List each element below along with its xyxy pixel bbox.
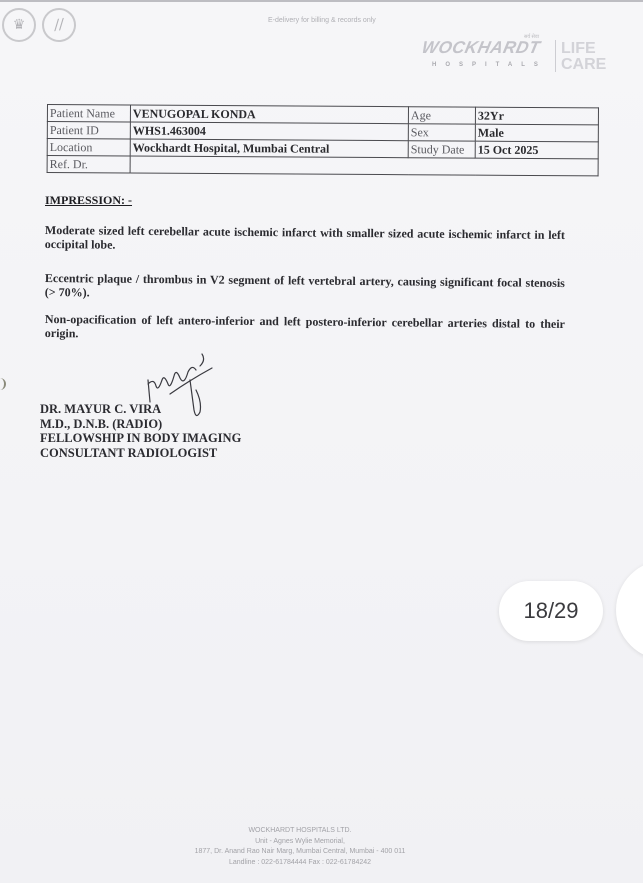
footer-line: Unit - Agnes Wylie Memorial, xyxy=(120,837,480,848)
page-indicator: 18/29 xyxy=(499,581,603,641)
impression-heading: IMPRESSION: - xyxy=(45,193,132,208)
top-note: E-delivery for billing & records only xyxy=(268,17,376,24)
logo-brand: WOCKHARDT xyxy=(420,38,542,58)
sex-label: Sex xyxy=(408,124,475,141)
table-row: Ref. Dr. xyxy=(47,156,598,176)
scan-edge-mark xyxy=(0,378,6,390)
footer-line: 1877, Dr. Anand Rao Nair Marg, Mumbai Ce… xyxy=(120,847,480,858)
ref-dr-value xyxy=(130,156,598,176)
accreditation-seal-icon: // xyxy=(39,5,78,44)
footer-line: Landline : 022-61784444 Fax : 022-617842… xyxy=(120,858,480,869)
footer-line: WOCKHARDT HOSPITALS LTD. xyxy=(120,826,480,837)
document-page: ♛ // E-delivery for billing & records on… xyxy=(0,0,643,883)
study-date-label: Study Date xyxy=(408,141,475,158)
patient-id-label: Patient ID xyxy=(47,122,130,140)
hospital-logo: सर्व सेवा WOCKHARDT HOSPITALS LIFECARE xyxy=(418,38,628,78)
header-seals: ♛ // xyxy=(2,8,76,42)
ref-dr-label: Ref. Dr. xyxy=(47,156,130,174)
age-value: 32Yr xyxy=(475,107,598,125)
page-top-border xyxy=(0,0,643,2)
patient-id-value: WHS1.463004 xyxy=(130,122,408,141)
signatory-designation: CONSULTANT RADIOLOGIST xyxy=(40,446,241,461)
signatory-block: DR. MAYUR C. VIRA M.D., D.N.B. (RADIO) F… xyxy=(40,402,241,460)
patient-name-label: Patient Name xyxy=(47,105,130,123)
location-value: Wockhardt Hospital, Mumbai Central xyxy=(130,139,408,158)
impression-paragraph: Non-opacification of left antero-inferio… xyxy=(45,312,565,345)
impression-paragraph: Eccentric plaque / thrombus in V2 segmen… xyxy=(45,271,565,304)
accreditation-badge-icon: LIFECARE xyxy=(561,41,603,73)
study-date-value: 15 Oct 2025 xyxy=(475,141,598,159)
signatory-fellowship: FELLOWSHIP IN BODY IMAGING xyxy=(40,431,241,446)
location-label: Location xyxy=(47,139,130,157)
signatory-qualification: M.D., D.N.B. (RADIO) xyxy=(40,417,241,432)
impression-paragraph: Moderate sized left cerebellar acute isc… xyxy=(45,223,565,256)
age-label: Age xyxy=(408,107,475,124)
footer-address: WOCKHARDT HOSPITALS LTD. Unit - Agnes Wy… xyxy=(120,826,480,868)
institution-seal-icon: ♛ xyxy=(2,8,36,42)
patient-info-table: Patient Name VENUGOPAL KONDA Age 32Yr Pa… xyxy=(47,104,599,176)
patient-name-value: VENUGOPAL KONDA xyxy=(130,105,408,124)
signatory-name: DR. MAYUR C. VIRA xyxy=(40,402,241,417)
sex-value: Male xyxy=(475,124,598,142)
logo-divider xyxy=(555,40,556,72)
logo-subtitle: HOSPITALS xyxy=(432,62,547,68)
